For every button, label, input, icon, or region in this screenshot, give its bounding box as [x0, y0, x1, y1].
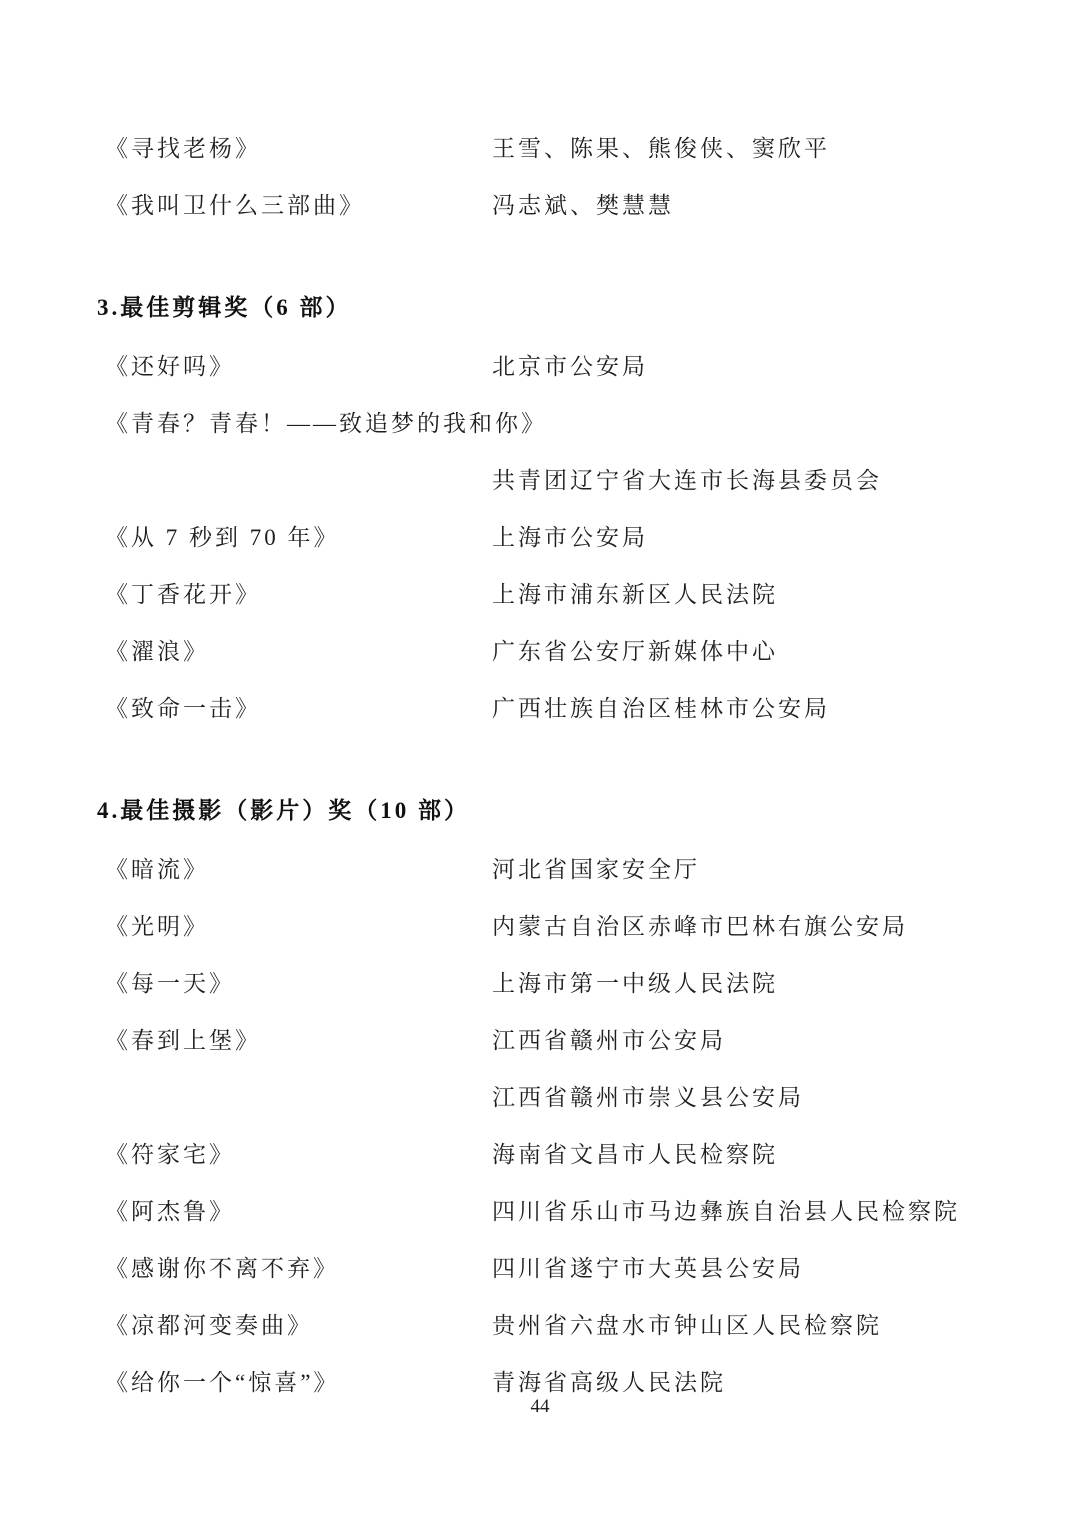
- award-entry: 《阿杰鲁》 四川省乐山市马边彝族自治县人民检察院: [105, 1200, 1040, 1223]
- award-entry: 《从 7 秒到 70 年》 上海市公安局: [105, 526, 1040, 549]
- award-entry: 《每一天》 上海市第一中级人民法院: [105, 972, 1040, 995]
- film-title: 《致命一击》: [105, 697, 492, 720]
- film-title: 《丁香花开》: [105, 583, 492, 606]
- award-entry-continuation: 共青团辽宁省大连市长海县委员会: [105, 469, 1040, 492]
- producer-credit: 河北省国家安全厅: [492, 858, 1040, 881]
- award-entry: 《丁香花开》 上海市浦东新区人民法院: [105, 583, 1040, 606]
- award-entry: 《给你一个“惊喜”》 青海省高级人民法院: [105, 1371, 1040, 1394]
- producer-credit: 王雪、陈果、熊俊侠、窦欣平: [492, 137, 1040, 160]
- award-entry: 《凉都河变奏曲》 贵州省六盘水市钟山区人民检察院: [105, 1314, 1040, 1337]
- award-category-heading: 4.最佳摄影（影片）奖（10 部）: [97, 799, 1080, 823]
- award-entry: 《暗流》 河北省国家安全厅: [105, 858, 1040, 881]
- film-title: 《春到上堡》: [105, 1029, 492, 1052]
- film-title: 《青春？青春！——致追梦的我和你》: [105, 412, 547, 435]
- award-entry: 《濯浪》 广东省公安厅新媒体中心: [105, 640, 1040, 663]
- film-title: 《光明》: [105, 915, 492, 938]
- document-page: 《寻找老杨》 王雪、陈果、熊俊侠、窦欣平 《我叫卫什么三部曲》 冯志斌、樊慧慧 …: [0, 0, 1080, 1527]
- producer-credit: 上海市第一中级人民法院: [492, 972, 1040, 995]
- page-number: 44: [0, 1396, 1080, 1418]
- award-entry: 《寻找老杨》 王雪、陈果、熊俊侠、窦欣平: [105, 137, 1040, 160]
- producer-credit: 青海省高级人民法院: [492, 1371, 1040, 1394]
- producer-credit: 江西省赣州市崇义县公安局: [492, 1086, 1040, 1109]
- producer-credit: 海南省文昌市人民检察院: [492, 1143, 1040, 1166]
- award-entry: 《还好吗》 北京市公安局: [105, 355, 1040, 378]
- award-entry-continuation: 江西省赣州市崇义县公安局: [105, 1086, 1040, 1109]
- film-title: 《暗流》: [105, 858, 492, 881]
- award-entry: 《青春？青春！——致追梦的我和你》: [105, 412, 1040, 435]
- award-entry: 《致命一击》 广西壮族自治区桂林市公安局: [105, 697, 1040, 720]
- award-entry: 《光明》 内蒙古自治区赤峰市巴林右旗公安局: [105, 915, 1040, 938]
- award-entry: 《符家宅》 海南省文昌市人民检察院: [105, 1143, 1040, 1166]
- film-title: 《符家宅》: [105, 1143, 492, 1166]
- film-title: 《从 7 秒到 70 年》: [105, 526, 492, 549]
- producer-credit: 内蒙古自治区赤峰市巴林右旗公安局: [492, 915, 1040, 938]
- producer-credit: 贵州省六盘水市钟山区人民检察院: [492, 1314, 1040, 1337]
- producer-credit: 四川省乐山市马边彝族自治县人民检察院: [492, 1200, 1040, 1223]
- film-title: 《濯浪》: [105, 640, 492, 663]
- film-title: 《还好吗》: [105, 355, 492, 378]
- film-title: 《每一天》: [105, 972, 492, 995]
- producer-credit: 江西省赣州市公安局: [492, 1029, 1040, 1052]
- award-entry: 《感谢你不离不弃》 四川省遂宁市大英县公安局: [105, 1257, 1040, 1280]
- producer-credit: 冯志斌、樊慧慧: [492, 194, 1040, 217]
- award-entry: 《春到上堡》 江西省赣州市公安局: [105, 1029, 1040, 1052]
- producer-credit: 上海市浦东新区人民法院: [492, 583, 1040, 606]
- film-title: 《给你一个“惊喜”》: [105, 1371, 492, 1394]
- producer-credit: 上海市公安局: [492, 526, 1040, 549]
- film-title: 《凉都河变奏曲》: [105, 1314, 492, 1337]
- film-title: 《感谢你不离不弃》: [105, 1257, 492, 1280]
- producer-credit: 共青团辽宁省大连市长海县委员会: [492, 469, 1040, 492]
- producer-credit: 广东省公安厅新媒体中心: [492, 640, 1040, 663]
- producer-credit: 广西壮族自治区桂林市公安局: [492, 697, 1040, 720]
- award-entry: 《我叫卫什么三部曲》 冯志斌、樊慧慧: [105, 194, 1040, 217]
- producer-credit: 北京市公安局: [492, 355, 1040, 378]
- film-title: 《寻找老杨》: [105, 137, 492, 160]
- producer-credit: 四川省遂宁市大英县公安局: [492, 1257, 1040, 1280]
- award-category-heading: 3.最佳剪辑奖（6 部）: [97, 296, 1080, 320]
- film-title: 《我叫卫什么三部曲》: [105, 194, 492, 217]
- film-title: 《阿杰鲁》: [105, 1200, 492, 1223]
